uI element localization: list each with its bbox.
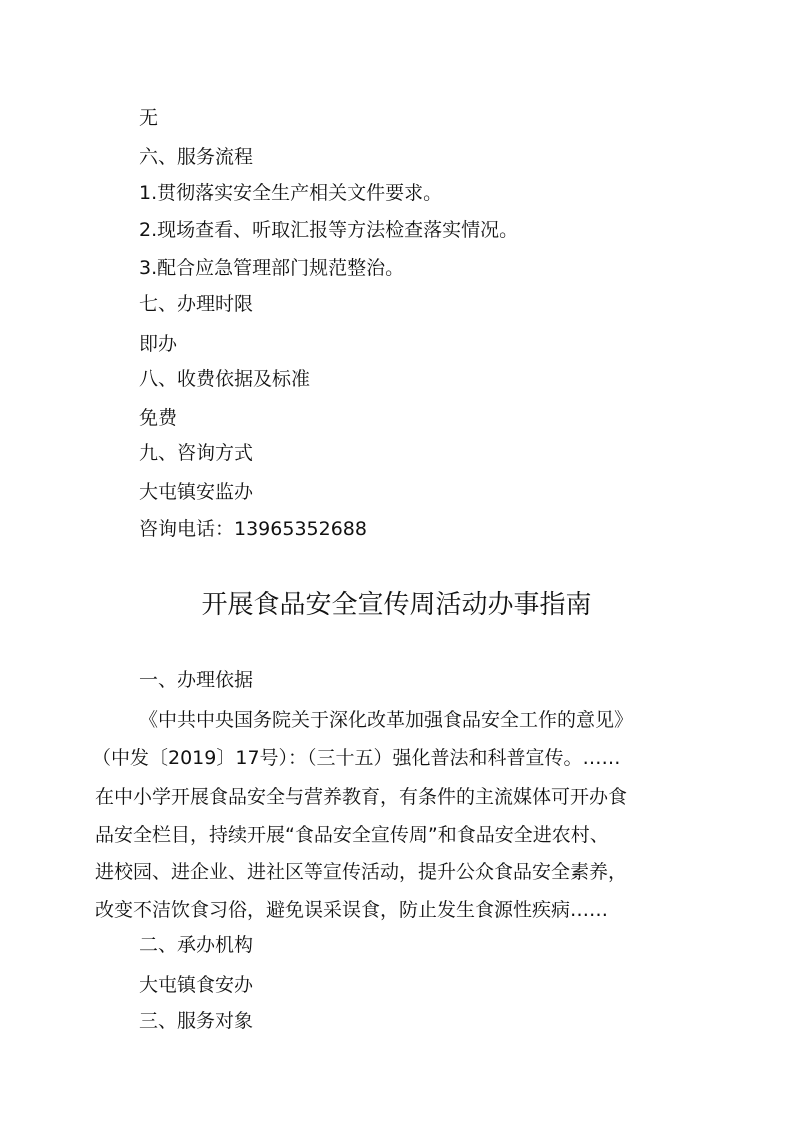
guide-item1-line-3: 在中小学开展食品安全与营养教育，有条件的主流媒体可开办食 xyxy=(95,785,705,809)
guide-item1-line-5: 进校园、进企业、进社区等宣传活动，提升公众食品安全素养， xyxy=(95,860,705,884)
guide-item1-heading: 一、办理依据 xyxy=(139,668,253,692)
item9-office: 大屯镇安监办 xyxy=(139,480,253,504)
item6-step-2: 2.现场查看、听取汇报等方法检查落实情况。 xyxy=(139,218,518,242)
item6-heading: 六、服务流程 xyxy=(139,145,253,169)
item9-phone: 咨询电话：13965352688 xyxy=(139,517,367,541)
item7-heading: 七、办理时限 xyxy=(139,292,253,316)
item8-heading: 八、收费依据及标准 xyxy=(139,367,310,391)
guide-item1-line-2: （中发〔2019〕17号）：（三十五）强化普法和科普宣传。…… xyxy=(92,746,702,770)
item6-step-1: 1.贯彻落实安全生产相关文件要求。 xyxy=(139,181,442,205)
item6-step-3: 3.配合应急管理部门规范整治。 xyxy=(139,256,404,280)
guide-title: 开展食品安全宣传周活动办事指南 xyxy=(0,588,793,622)
item5-value: 无 xyxy=(139,106,158,130)
guide-item2-value: 大屯镇食安办 xyxy=(139,973,253,997)
guide-item1-line-4: 品安全栏目，持续开展“食品安全宣传周”和食品安全进农村、 xyxy=(95,823,705,847)
item8-value: 免费 xyxy=(139,406,177,430)
guide-item1-line-6: 改变不洁饮食习俗，避免误采误食，防止发生食源性疾病…… xyxy=(95,898,705,922)
guide-item2-heading: 二、承办机构 xyxy=(139,933,253,957)
guide-item1-line-1: 《中共中央国务院关于深化改革加强食品安全工作的意见》 xyxy=(139,708,749,732)
item9-heading: 九、咨询方式 xyxy=(139,441,253,465)
item7-value: 即办 xyxy=(139,332,177,356)
guide-item3-heading: 三、服务对象 xyxy=(139,1009,253,1033)
